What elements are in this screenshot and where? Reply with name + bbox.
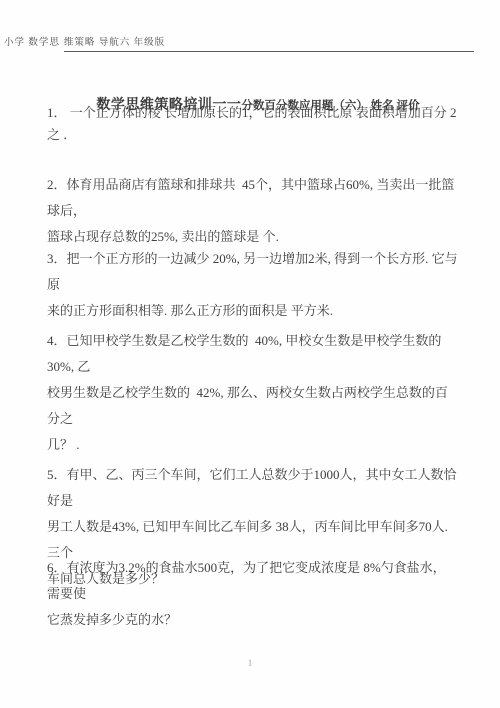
question-line: 3．把一个正方形的一边减少 20%, 另一边增加2米, 得到一个长方形. 它与原 xyxy=(47,246,458,298)
question-line: 之 ． xyxy=(47,124,458,146)
question-line: 6．有浓度为3.2%的食盐水500克，为了把它变成浓度是 8%勺食盐水，需要使 xyxy=(47,555,458,607)
question-2: 2．体育用品商店有篮球和排球共 45个，其中篮球占60%, 当卖出一批篮球后， … xyxy=(47,172,458,250)
question-line: 5．有甲、乙、丙三个车间，它们工人总数少于1000人，其中女工人数恰好是 xyxy=(47,462,458,514)
question-1: 1． 一个正方体的棱 长增加原长的1，它的表面积比原 表面积增加百分 2 之 ． xyxy=(47,102,458,146)
question-4: 4．已知甲校学生数是乙校学生数的 40%, 甲校女生数是甲校学生数的 30%, … xyxy=(47,328,458,458)
question-6: 6．有浓度为3.2%的食盐水500克，为了把它变成浓度是 8%勺食盐水，需要使 … xyxy=(47,555,458,633)
question-line: 校男生数是乙校学生数的 42%, 那么、两校女生数占两校学生总数的百分之 xyxy=(47,380,458,432)
question-line: 4．已知甲校学生数是乙校学生数的 40%, 甲校女生数是甲校学生数的 30%, … xyxy=(47,328,458,380)
worksheet-page: 小学 数学思 维策略 导航六 年级版 数学思维策略培训一一分数百分数应用题（六）… xyxy=(0,0,500,708)
question-line: 它蒸发掉多少克的水？ xyxy=(47,607,458,633)
page-header: 小学 数学思 维策略 导航六 年级版 xyxy=(4,34,474,52)
question-3: 3．把一个正方形的一边减少 20%, 另一边增加2米, 得到一个长方形. 它与原… xyxy=(47,246,458,324)
question-line: 2．体育用品商店有篮球和排球共 45个，其中篮球占60%, 当卖出一批篮球后， xyxy=(47,172,458,224)
question-line: 几？ . xyxy=(47,432,458,458)
header-prefix: 小学 数学思 xyxy=(4,34,64,48)
page-number: 1 xyxy=(0,658,500,668)
question-line: 来的正方形面积相等. 那么正方形的面积是 平方米. xyxy=(47,298,458,324)
header-underlined-text: 维策略 导航六 年级版 xyxy=(64,34,474,52)
question-line: 1． 一个正方体的棱 长增加原长的1，它的表面积比原 表面积增加百分 2 xyxy=(47,102,458,124)
